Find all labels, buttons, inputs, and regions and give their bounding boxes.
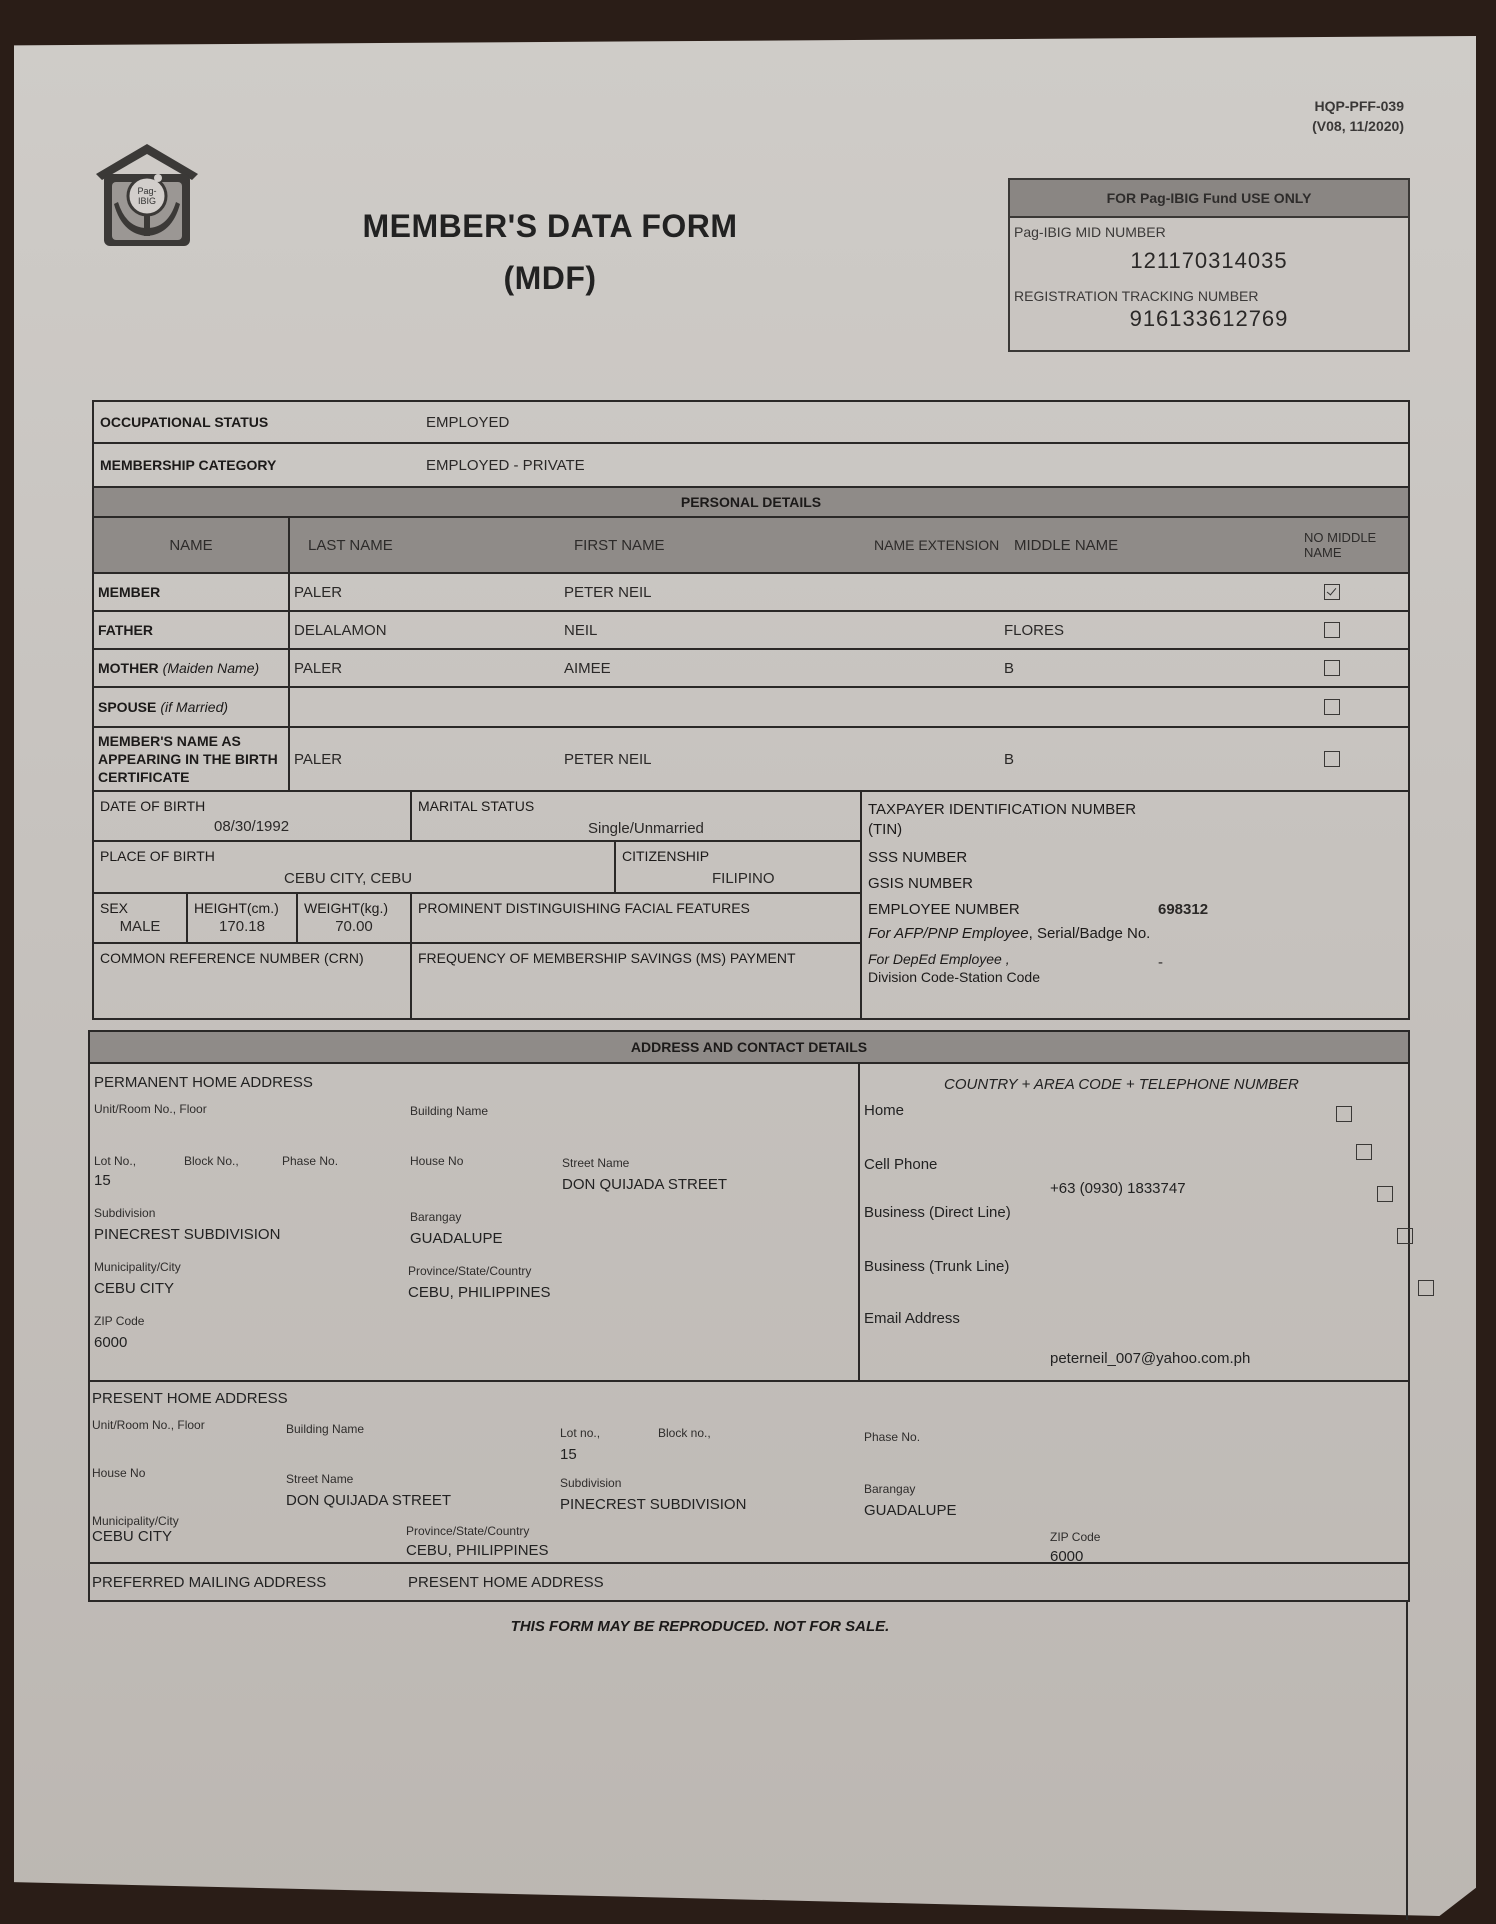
personal-details-section: OCCUPATIONAL STATUS EMPLOYED MEMBERSHIP …: [92, 400, 1410, 1020]
dob-cell: DATE OF BIRTH 08/30/1992: [94, 792, 412, 840]
name-extension-value[interactable]: [864, 574, 1004, 610]
employee-number-field: EMPLOYEE NUMBER 698312: [868, 900, 1402, 920]
pres-province-value[interactable]: CEBU, PHILIPPINES: [406, 1542, 549, 1559]
row-label: MOTHER(Maiden Name): [94, 650, 290, 686]
dob-label: DATE OF BIRTH: [94, 792, 410, 820]
deped-label-italic: For DepEd Employee ,: [868, 950, 1158, 968]
pres-subdivision-field: SubdivisionPINECREST SUBDIVISION: [560, 1476, 746, 1513]
mid-number-value: 121170314035: [1010, 248, 1408, 274]
mid-number-label: Pag-IBIG MID NUMBER: [1010, 224, 1408, 240]
col-no-middle-name: NO MIDDLE NAME: [1304, 518, 1404, 572]
no-middle-name-cell: [1324, 688, 1384, 726]
sss-field: SSS NUMBER: [868, 848, 1402, 868]
perm-city-value[interactable]: CEBU CITY: [94, 1280, 181, 1297]
membership-category-label: MEMBERSHIP CATEGORY: [94, 451, 426, 479]
col-last-name: LAST NAME: [290, 518, 564, 572]
pres-zip-value[interactable]: 6000: [1050, 1548, 1100, 1565]
afp-pnp-label-rest: , Serial/Badge No.: [1029, 925, 1151, 942]
form-footer-note: THIS FORM MAY BE REPRODUCED. NOT FOR SAL…: [460, 1618, 940, 1635]
pres-subdivision-label: Subdivision: [560, 1476, 746, 1490]
weight-label: WEIGHT(kg.): [298, 894, 410, 918]
perm-lot-value[interactable]: 15: [94, 1172, 136, 1189]
first-name-value[interactable]: [560, 688, 864, 726]
middle-name-value[interactable]: B: [1004, 728, 1324, 790]
row-label: FATHER: [94, 612, 290, 648]
pres-city-label: Municipality/City: [92, 1514, 179, 1528]
dob-row: DATE OF BIRTH 08/30/1992 MARITAL STATUS …: [94, 792, 860, 842]
middle-name-value[interactable]: FLORES: [1004, 612, 1324, 648]
no-middle-name-cell: [1324, 650, 1384, 686]
marital-cell: MARITAL STATUS Single/Unmarried: [412, 792, 860, 840]
height-value[interactable]: 170.18: [188, 918, 296, 935]
perm-unit-field: Unit/Room No., Floor: [94, 1102, 207, 1116]
id-numbers-block: TAXPAYER IDENTIFICATION NUMBER (TIN) SSS…: [862, 792, 1408, 1018]
pres-lot-value[interactable]: 15: [560, 1446, 600, 1463]
perm-phase-field: Phase No.: [282, 1154, 338, 1168]
ms-frequency-label: FREQUENCY OF MEMBERSHIP SAVINGS (MS) PAY…: [412, 944, 860, 972]
business-trunk-checkbox[interactable]: [1397, 1228, 1413, 1244]
email-value[interactable]: peterneil_007@yahoo.com.ph: [1050, 1350, 1250, 1367]
perm-barangay-label: Barangay: [410, 1210, 503, 1224]
col-name-extension: NAME EXTENSION: [874, 518, 1014, 572]
name-extension-value[interactable]: [864, 728, 1004, 790]
tin-label: TAXPAYER IDENTIFICATION NUMBER (TIN): [868, 800, 1158, 840]
name-table-row: MOTHER(Maiden Name)PALERAIMEEB: [94, 650, 1408, 688]
citizenship-label: CITIZENSHIP: [616, 842, 860, 870]
height-cell: HEIGHT(cm.) 170.18: [188, 894, 298, 942]
pres-street-label: Street Name: [286, 1472, 451, 1486]
last-name-value[interactable]: [290, 688, 560, 726]
home-phone-label: Home: [864, 1102, 904, 1119]
crn-row: COMMON REFERENCE NUMBER (CRN) FREQUENCY …: [94, 944, 860, 1018]
perm-building-label: Building Name: [410, 1104, 488, 1118]
pres-block-label: Block no.,: [658, 1426, 711, 1440]
form-code: HQP-PFF-039 (V08, 11/2020): [1312, 96, 1404, 136]
address-contact-section: ADDRESS AND CONTACT DETAILS PERMANENT HO…: [88, 1030, 1410, 1602]
perm-subdivision-field: SubdivisionPINECREST SUBDIVISION: [94, 1206, 280, 1243]
last-name-value[interactable]: DELALAMON: [290, 612, 560, 648]
afp-pnp-field: For AFP/PNP Employee, Serial/Badge No.: [868, 924, 1402, 944]
personal-left-block: DATE OF BIRTH 08/30/1992 MARITAL STATUS …: [94, 792, 862, 1018]
perm-street-label: Street Name: [562, 1156, 727, 1170]
perm-subdivision-label: Subdivision: [94, 1206, 280, 1220]
pres-lot-label: Lot no.,: [560, 1426, 600, 1440]
row-label: MEMBER'S NAME AS APPEARING IN THE BIRTH …: [94, 728, 290, 790]
membership-category-value[interactable]: EMPLOYED - PRIVATE: [426, 457, 585, 474]
pres-city-value[interactable]: CEBU CITY: [92, 1528, 179, 1545]
row-label-text: MEMBER: [98, 583, 160, 601]
perm-subdivision-value[interactable]: PINECREST SUBDIVISION: [94, 1226, 280, 1243]
permanent-address-title: PERMANENT HOME ADDRESS: [94, 1074, 313, 1091]
row-label-note: (if Married): [160, 698, 228, 716]
business-direct-checkbox[interactable]: [1377, 1186, 1393, 1202]
business-trunk-label: Business (Trunk Line): [864, 1258, 1009, 1275]
deped-field: For DepEd Employee , Division Code-Stati…: [868, 950, 1402, 986]
first-name-value[interactable]: PETER NEIL: [560, 728, 864, 790]
perm-city-label: Municipality/City: [94, 1260, 181, 1274]
gsis-field: GSIS NUMBER: [868, 874, 1402, 894]
perm-house-label: House No: [410, 1154, 463, 1168]
pres-unit-label: Unit/Room No., Floor: [92, 1418, 205, 1432]
name-table-body: MEMBERPALERPETER NEILFATHERDELALAMONNEIL…: [94, 574, 1408, 792]
sex-label: SEX: [94, 894, 186, 918]
registration-tracking-label: REGISTRATION TRACKING NUMBER: [1010, 288, 1408, 304]
middle-name-value[interactable]: [1004, 688, 1324, 726]
perm-block-label: Block No.,: [184, 1154, 239, 1168]
name-table-row: FATHERDELALAMONNEILFLORES: [94, 612, 1408, 650]
form-title-line1: MEMBER'S DATA FORM: [320, 200, 780, 252]
no-middle-name-cell: [1324, 728, 1384, 790]
form-code-number: HQP-PFF-039: [1312, 96, 1404, 116]
contact-block: COUNTRY + AREA CODE + TELEPHONE NUMBER H…: [860, 1064, 1408, 1380]
address-contact-header: ADDRESS AND CONTACT DETAILS: [90, 1032, 1408, 1064]
no-middle-name-cell: [1324, 612, 1384, 648]
pres-province-label: Province/State/Country: [406, 1524, 549, 1538]
pres-barangay-field: BarangayGUADALUPE: [864, 1482, 957, 1519]
row-label-text: SPOUSE: [98, 698, 156, 716]
cell-phone-label: Cell Phone: [864, 1156, 937, 1173]
page-right-border-line: [1406, 1600, 1408, 1920]
pres-lot-field: Lot no.,15: [560, 1426, 600, 1463]
present-address-title: PRESENT HOME ADDRESS: [92, 1390, 288, 1407]
ms-frequency-cell: FREQUENCY OF MEMBERSHIP SAVINGS (MS) PAY…: [412, 944, 860, 1018]
name-extension-value[interactable]: [864, 612, 1004, 648]
weight-cell: WEIGHT(kg.) 70.00: [298, 894, 412, 942]
no-middle-name-checkbox[interactable]: [1324, 584, 1340, 600]
employee-number-value[interactable]: 698312: [1158, 900, 1208, 920]
email-checkbox[interactable]: [1418, 1280, 1434, 1296]
email-label: Email Address: [864, 1310, 960, 1327]
facial-features-label: PROMINENT DISTINGUISHING FACIAL FEATURES: [412, 894, 860, 922]
personal-info-block: DATE OF BIRTH 08/30/1992 MARITAL STATUS …: [94, 792, 1408, 1018]
name-table-header: NAME LAST NAME FIRST NAME NAME EXTENSION…: [94, 518, 1408, 574]
membership-category-row: MEMBERSHIP CATEGORY EMPLOYED - PRIVATE: [94, 444, 1408, 488]
row-label-note: (Maiden Name): [163, 659, 259, 677]
perm-province-label: Province/State/Country: [408, 1264, 551, 1278]
sex-cell: SEX MALE: [94, 894, 188, 942]
personal-details-header: PERSONAL DETAILS: [94, 488, 1408, 518]
first-name-value[interactable]: PETER NEIL: [560, 574, 864, 610]
col-middle-name: MIDDLE NAME: [1014, 518, 1304, 572]
pres-city-field: Municipality/CityCEBU CITY: [92, 1514, 179, 1545]
crn-label: COMMON REFERENCE NUMBER (CRN): [94, 944, 410, 972]
no-middle-name-checkbox[interactable]: [1324, 699, 1340, 715]
last-name-value[interactable]: PALER: [290, 574, 560, 610]
marital-label: MARITAL STATUS: [412, 792, 860, 820]
pres-block-field: Block no.,: [658, 1426, 711, 1440]
perm-barangay-value[interactable]: GUADALUPE: [410, 1230, 503, 1247]
registration-tracking-value: 916133612769: [1010, 306, 1408, 332]
pres-zip-label: ZIP Code: [1050, 1530, 1100, 1544]
pres-phase-label: Phase No.: [864, 1430, 920, 1444]
pres-barangay-label: Barangay: [864, 1482, 957, 1496]
svg-text:Pag-: Pag-: [137, 186, 156, 196]
gsis-label: GSIS NUMBER: [868, 874, 1158, 894]
occupational-status-label: OCCUPATIONAL STATUS: [94, 408, 426, 436]
pres-province-field: Province/State/CountryCEBU, PHILIPPINES: [406, 1524, 549, 1559]
middle-name-value[interactable]: B: [1004, 650, 1324, 686]
form-title-line2: (MDF): [320, 252, 780, 304]
pres-street-field: Street NameDON QUIJADA STREET: [286, 1472, 451, 1509]
body-stats-row: SEX MALE HEIGHT(cm.) 170.18 WEIGHT(kg.) …: [94, 894, 860, 944]
pres-phase-field: Phase No.: [864, 1430, 920, 1444]
no-middle-name-checkbox[interactable]: [1324, 622, 1340, 638]
row-label-text: MOTHER: [98, 659, 159, 677]
home-phone-checkbox[interactable]: [1336, 1106, 1352, 1122]
perm-unit-label: Unit/Room No., Floor: [94, 1102, 207, 1116]
perm-province-field: Province/State/CountryCEBU, PHILIPPINES: [408, 1264, 551, 1301]
deped-value[interactable]: -: [1158, 950, 1163, 986]
perm-lot-field: Lot No.,15: [94, 1154, 136, 1189]
row-label-text: MEMBER'S NAME AS APPEARING IN THE BIRTH …: [98, 732, 284, 786]
pres-zip-field: ZIP Code6000: [1050, 1530, 1100, 1565]
sex-value[interactable]: MALE: [94, 918, 186, 935]
perm-block-field: Block No.,: [184, 1154, 239, 1168]
fund-use-only-box: FOR Pag-IBIG Fund USE ONLY Pag-IBIG MID …: [1008, 178, 1410, 352]
perm-street-value[interactable]: DON QUIJADA STREET: [562, 1176, 727, 1193]
no-middle-name-checkbox[interactable]: [1324, 751, 1340, 767]
cell-phone-value[interactable]: +63 (0930) 1833747: [1050, 1180, 1186, 1197]
perm-phase-label: Phase No.: [282, 1154, 338, 1168]
col-first-name: FIRST NAME: [564, 518, 874, 572]
name-extension-value[interactable]: [864, 650, 1004, 686]
occupational-status-row: OCCUPATIONAL STATUS EMPLOYED: [94, 402, 1408, 444]
pres-building-label: Building Name: [286, 1422, 364, 1436]
business-direct-label: Business (Direct Line): [864, 1204, 1011, 1221]
height-label: HEIGHT(cm.): [188, 894, 296, 918]
pres-house-field: House No: [92, 1466, 145, 1480]
pob-cell: PLACE OF BIRTH CEBU CITY, CEBU: [94, 842, 616, 892]
mailing-address-label: PREFERRED MAILING ADDRESS: [90, 1574, 408, 1591]
pres-unit-field: Unit/Room No., Floor: [92, 1418, 205, 1432]
no-middle-name-cell: [1324, 574, 1384, 610]
fund-use-only-header: FOR Pag-IBIG Fund USE ONLY: [1010, 180, 1408, 218]
pres-building-field: Building Name: [286, 1422, 364, 1436]
permanent-address-block: PERMANENT HOME ADDRESS Unit/Room No., Fl…: [90, 1064, 860, 1380]
perm-zip-field: ZIP Code6000: [94, 1314, 144, 1351]
pob-label: PLACE OF BIRTH: [94, 842, 614, 870]
svg-text:IBIG: IBIG: [138, 196, 156, 206]
pres-barangay-value[interactable]: GUADALUPE: [864, 1502, 957, 1519]
pres-subdivision-value[interactable]: PINECREST SUBDIVISION: [560, 1496, 746, 1513]
perm-building-field: Building Name: [410, 1104, 488, 1118]
perm-barangay-field: BarangayGUADALUPE: [410, 1210, 503, 1247]
pres-house-label: House No: [92, 1466, 145, 1480]
form-version: (V08, 11/2020): [1312, 116, 1404, 136]
last-name-value[interactable]: PALER: [290, 728, 560, 790]
pob-value[interactable]: CEBU CITY, CEBU: [284, 870, 412, 887]
mailing-address-value[interactable]: PRESENT HOME ADDRESS: [408, 1574, 604, 1591]
first-name-value[interactable]: NEIL: [560, 612, 864, 648]
first-name-value[interactable]: AIMEE: [560, 650, 864, 686]
mailing-address-row: PREFERRED MAILING ADDRESS PRESENT HOME A…: [90, 1564, 1408, 1600]
dob-value[interactable]: 08/30/1992: [214, 818, 289, 835]
last-name-value[interactable]: PALER: [290, 650, 560, 686]
row-label: MEMBER: [94, 574, 290, 610]
name-table-row: SPOUSE(if Married): [94, 688, 1408, 728]
name-extension-value[interactable]: [864, 688, 1004, 726]
present-address-block: PRESENT HOME ADDRESS Unit/Room No., Floo…: [90, 1382, 1408, 1564]
perm-province-value[interactable]: CEBU, PHILIPPINES: [408, 1284, 551, 1301]
perm-zip-value[interactable]: 6000: [94, 1334, 144, 1351]
perm-street-field: Street NameDON QUIJADA STREET: [562, 1156, 727, 1193]
perm-city-field: Municipality/CityCEBU CITY: [94, 1260, 181, 1297]
form-title: MEMBER'S DATA FORM (MDF): [320, 200, 780, 304]
perm-zip-label: ZIP Code: [94, 1314, 144, 1328]
no-middle-name-checkbox[interactable]: [1324, 660, 1340, 676]
occupational-status-value[interactable]: EMPLOYED: [426, 414, 509, 431]
middle-name-value[interactable]: [1004, 574, 1324, 610]
col-name: NAME: [94, 518, 290, 572]
perm-house-field: House No: [410, 1154, 463, 1168]
citizenship-value[interactable]: FILIPINO: [712, 870, 775, 887]
sss-label: SSS NUMBER: [868, 848, 1158, 868]
afp-pnp-label-italic: For AFP/PNP Employee: [868, 925, 1029, 942]
permanent-contact-row: PERMANENT HOME ADDRESS Unit/Room No., Fl…: [90, 1064, 1408, 1382]
pag-ibig-logo-icon: Pag- IBIG: [92, 140, 202, 250]
name-table-row: MEMBER'S NAME AS APPEARING IN THE BIRTH …: [94, 728, 1408, 792]
row-label-text: FATHER: [98, 621, 153, 639]
perm-lot-label: Lot No.,: [94, 1154, 136, 1168]
citizenship-cell: CITIZENSHIP FILIPINO: [616, 842, 860, 892]
name-table-row: MEMBERPALERPETER NEIL: [94, 574, 1408, 612]
row-label: SPOUSE(if Married): [94, 688, 290, 726]
phone-format-header: COUNTRY + AREA CODE + TELEPHONE NUMBER: [944, 1076, 1299, 1093]
pob-row: PLACE OF BIRTH CEBU CITY, CEBU CITIZENSH…: [94, 842, 860, 894]
employee-number-label: EMPLOYEE NUMBER: [868, 900, 1158, 920]
cell-phone-checkbox[interactable]: [1356, 1144, 1372, 1160]
tin-field: TAXPAYER IDENTIFICATION NUMBER (TIN): [868, 800, 1402, 840]
crn-cell: COMMON REFERENCE NUMBER (CRN): [94, 944, 412, 1018]
marital-value[interactable]: Single/Unmarried: [588, 820, 704, 837]
facial-features-cell: PROMINENT DISTINGUISHING FACIAL FEATURES: [412, 894, 860, 942]
weight-value[interactable]: 70.00: [298, 918, 410, 935]
pres-street-value[interactable]: DON QUIJADA STREET: [286, 1492, 451, 1509]
deped-label-rest: Division Code-Station Code: [868, 968, 1158, 986]
